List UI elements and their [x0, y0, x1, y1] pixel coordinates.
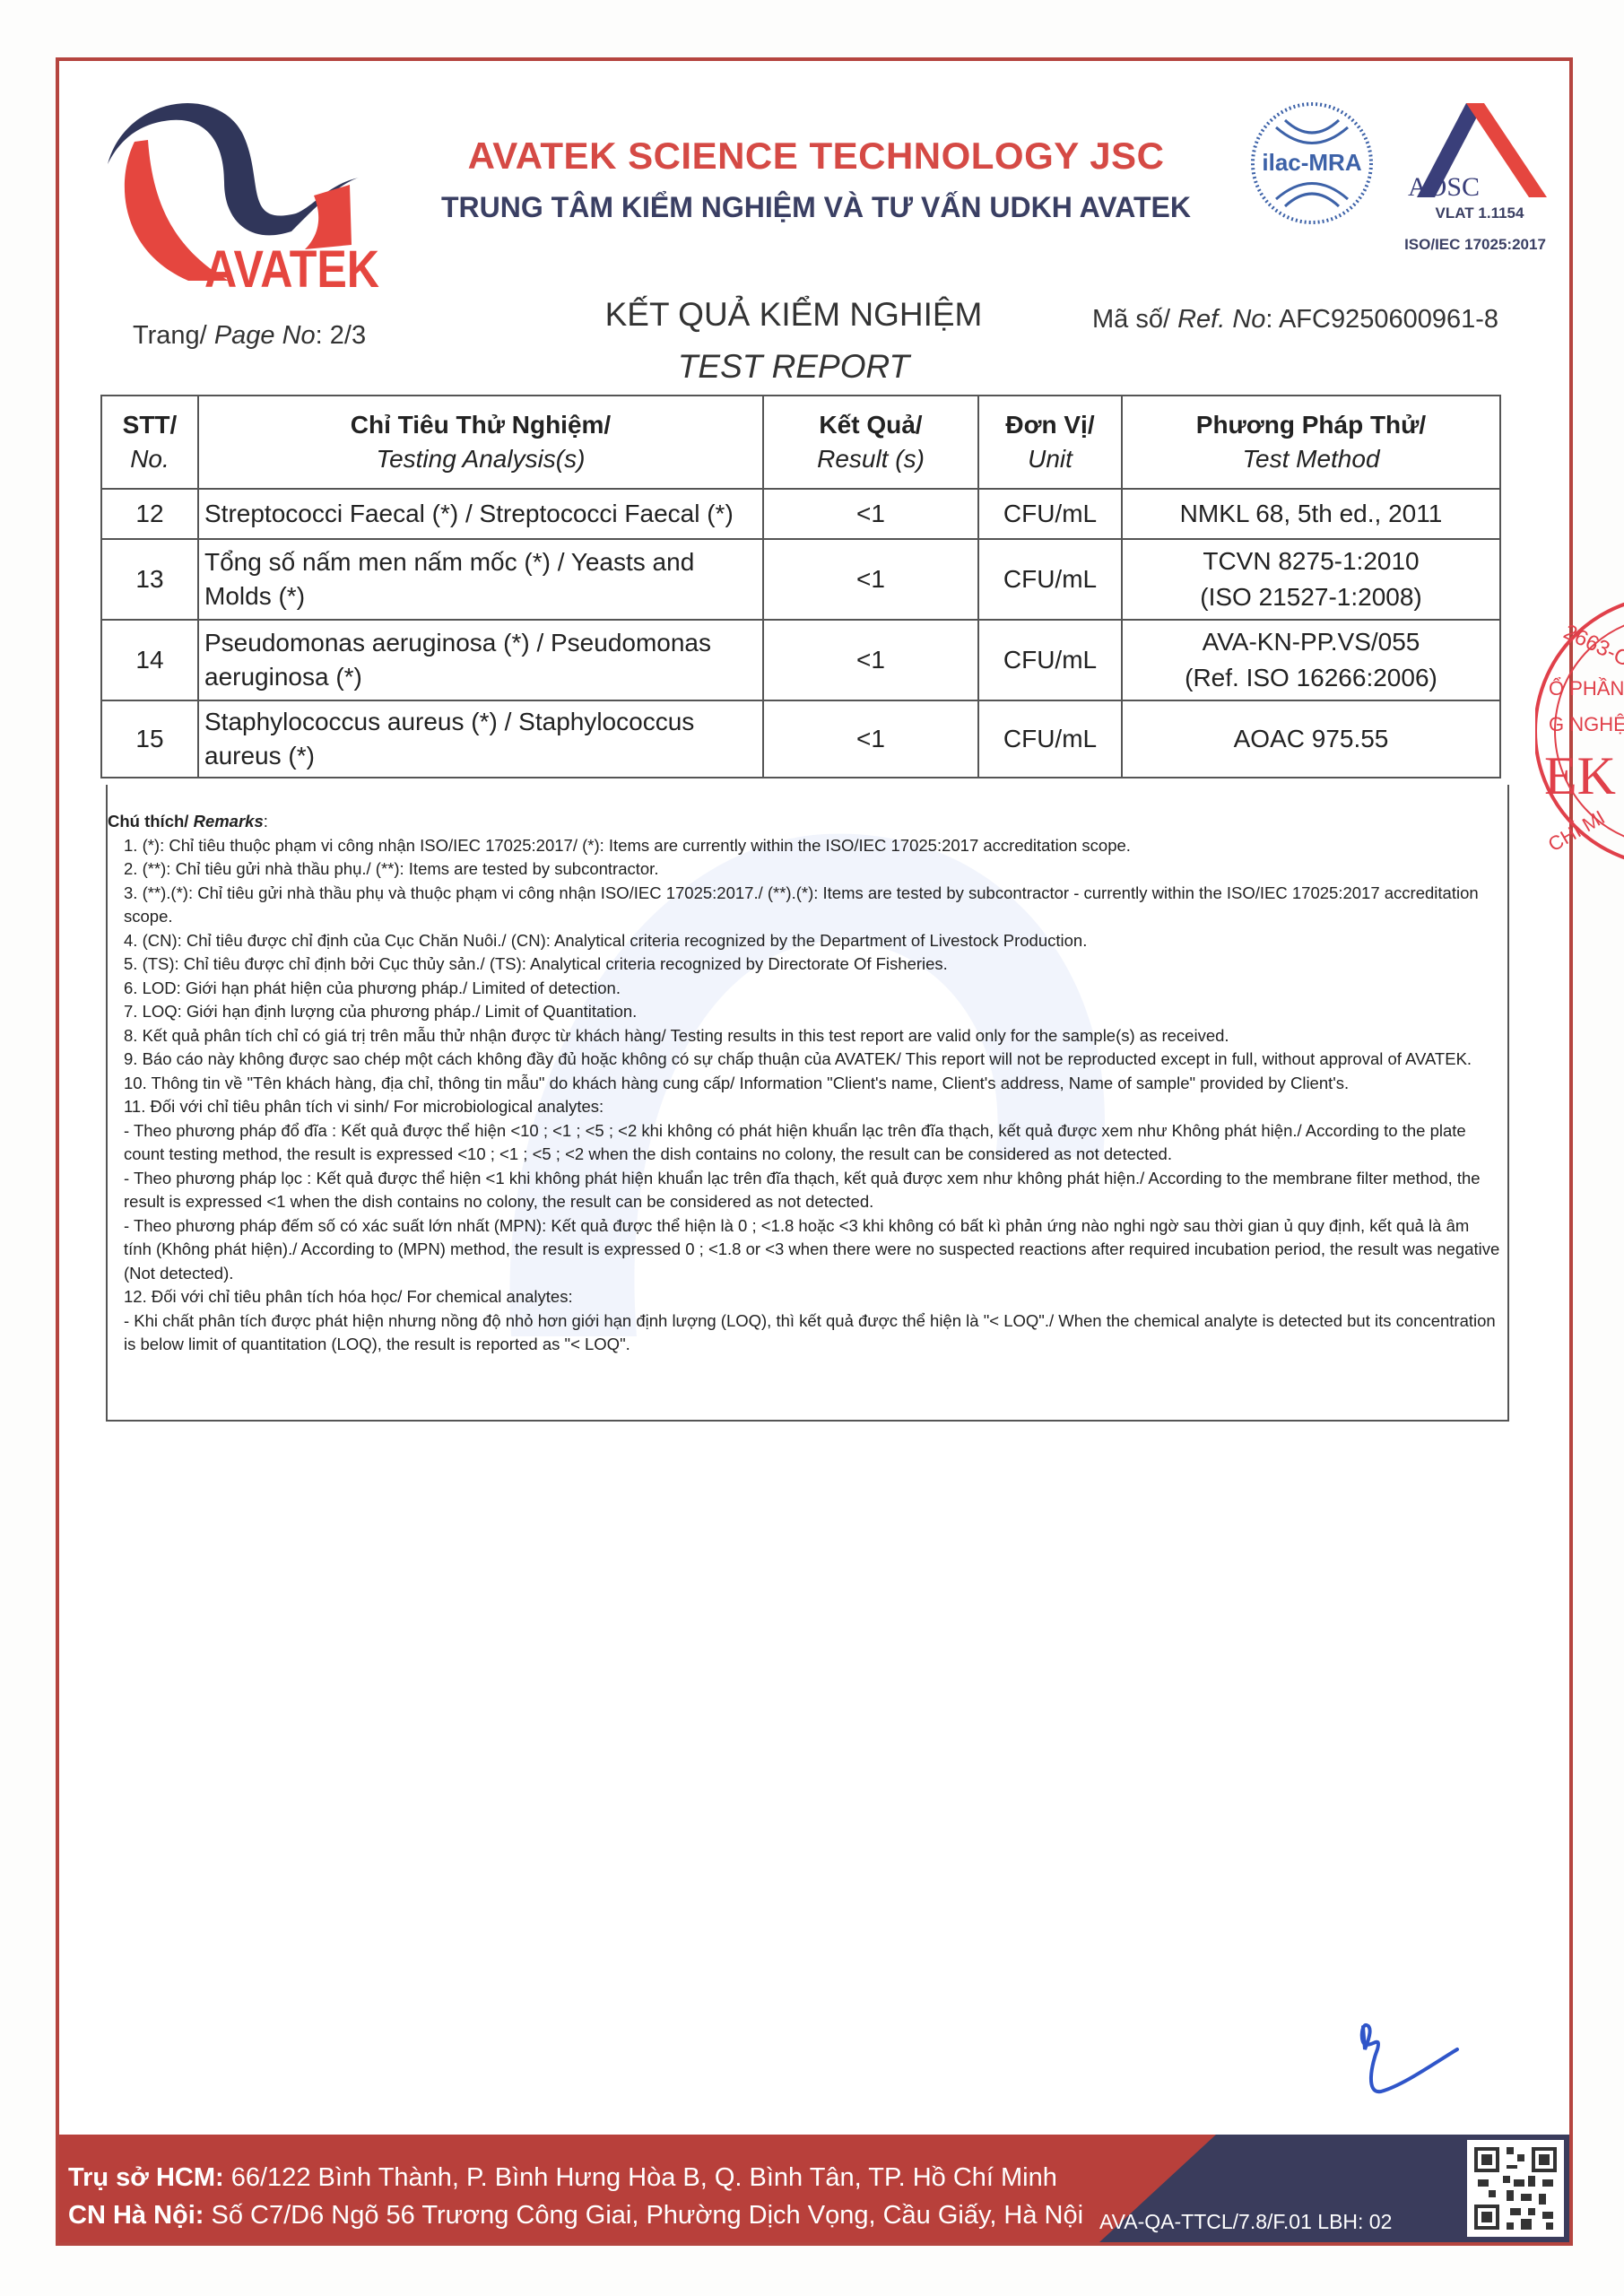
header-analysis: Chỉ Tiêu Thử Nghiệm/Testing Analysis(s) — [198, 396, 763, 489]
header-result: Kết Quả/Result (s) — [763, 396, 978, 489]
aosc-logo-icon: AOSC — [1399, 99, 1551, 206]
page-label-vi: Trang/ — [133, 321, 207, 350]
aosc-standard: ISO/IEC 17025:2017 — [1376, 236, 1574, 254]
table-row: 13Tổng số nấm men nấm mốc (*) / Yeasts a… — [101, 539, 1500, 620]
results-table: STT/No. Chỉ Tiêu Thử Nghiệm/Testing Anal… — [100, 395, 1501, 778]
svg-text:AVATEK: AVATEK — [204, 240, 379, 294]
cell-unit: CFU/mL — [978, 539, 1122, 620]
remark-item: 5. (TS): Chỉ tiêu được chỉ định bởi Cục … — [108, 952, 1500, 977]
cell-method: AOAC 975.55 — [1122, 700, 1500, 778]
remark-item: 3. (**).(*): Chỉ tiêu gửi nhà thầu phụ v… — [108, 882, 1500, 929]
reference-number: Mã số/ Ref. No: AFC9250600961-8 — [1092, 305, 1498, 335]
table-row: 15Staphylococcus aureus (*) / Staphyloco… — [101, 700, 1500, 778]
ref-label-vi: Mã số/ — [1092, 305, 1170, 334]
ref-value: AFC9250600961-8 — [1279, 305, 1498, 334]
footer-branch-address: CN Hà Nội: Số C7/D6 Ngõ 56 Trương Công G… — [68, 2201, 1083, 2231]
remarks-title: Chú thích/ Remarks: — [108, 810, 1500, 834]
form-code: AVA-QA-TTCL/7.8/F.01 LBH: 02 — [1099, 2210, 1392, 2234]
header-method: Phương Pháp Thử/Test Method — [1122, 396, 1500, 489]
svg-text:ilac-MRA: ilac-MRA — [1262, 149, 1361, 176]
cell-method: AVA-KN-PP.VS/055(Ref. ISO 16266:2006) — [1122, 620, 1500, 700]
footer-hq-address: Trụ sở HCM: 66/122 Bình Thành, P. Bình H… — [68, 2163, 1057, 2193]
cell-method: TCVN 8275-1:2010(ISO 21527-1:2008) — [1122, 539, 1500, 620]
ref-label-en: Ref. No — [1177, 305, 1265, 334]
aosc-code: VLAT 1.1154 — [1399, 204, 1560, 222]
remark-item: 7. LOQ: Giới hạn định lượng của phương p… — [108, 1000, 1500, 1024]
cell-result: <1 — [763, 539, 978, 620]
avatek-logo-icon: AVATEK — [90, 79, 386, 294]
remark-item: 6. LOD: Giới hạn phát hiện của phương ph… — [108, 977, 1500, 1001]
cell-result: <1 — [763, 489, 978, 539]
page-number: Trang/ Page No: 2/3 — [133, 321, 366, 351]
cell-analysis: Tổng số nấm men nấm mốc (*) / Yeasts and… — [198, 539, 763, 620]
remark-item: 12. Đối với chỉ tiêu phân tích hóa học/ … — [108, 1285, 1500, 1309]
remark-item: - Theo phương pháp lọc : Kết quả được th… — [108, 1167, 1500, 1214]
remark-item: 9. Báo cáo này không được sao chép một c… — [108, 1048, 1500, 1072]
header-unit: Đơn Vị/Unit — [978, 396, 1122, 489]
report-title-en: TEST REPORT — [502, 348, 1085, 386]
remark-item: 10. Thông tin về "Tên khách hàng, địa ch… — [108, 1072, 1500, 1096]
page-label-en: Page No — [214, 321, 316, 350]
table-row: 12Streptococci Faecal (*) / Streptococci… — [101, 489, 1500, 539]
page-value: 2/3 — [330, 321, 366, 350]
table-row: 14Pseudomonas aeruginosa (*) / Pseudomon… — [101, 620, 1500, 700]
cell-no: 15 — [101, 700, 198, 778]
report-title-vi: KẾT QUẢ KIỂM NGHIỆM — [502, 296, 1085, 334]
svg-text:AOSC: AOSC — [1408, 172, 1480, 202]
remark-item: 11. Đối với chỉ tiêu phân tích vi sinh/ … — [108, 1095, 1500, 1119]
cell-analysis: Streptococci Faecal (*) / Streptococci F… — [198, 489, 763, 539]
remark-item: - Theo phương pháp đếm số có xác suất lớ… — [108, 1214, 1500, 1286]
cell-no: 13 — [101, 539, 198, 620]
cell-unit: CFU/mL — [978, 620, 1122, 700]
company-subtitle: TRUNG TÂM KIỂM NGHIỆM VÀ TƯ VẤN UDKH AVA… — [413, 191, 1220, 224]
cell-unit: CFU/mL — [978, 489, 1122, 539]
remark-item: 4. (CN): Chỉ tiêu được chỉ định của Cục … — [108, 929, 1500, 953]
company-name: AVATEK SCIENCE TECHNOLOGY JSC — [413, 135, 1220, 178]
cell-method: NMKL 68, 5th ed., 2011 — [1122, 489, 1500, 539]
header-no: STT/No. — [101, 396, 198, 489]
cell-unit: CFU/mL — [978, 700, 1122, 778]
remark-item: 8. Kết quả phân tích chỉ có giá trị trên… — [108, 1024, 1500, 1048]
remarks-section: Chú thích/ Remarks: 1. (*): Chỉ tiêu thu… — [106, 785, 1509, 1422]
remark-item: - Khi chất phân tích được phát hiện nhưn… — [108, 1309, 1500, 1357]
table-header-row: STT/No. Chỉ Tiêu Thử Nghiệm/Testing Anal… — [101, 396, 1500, 489]
qr-code-icon[interactable] — [1467, 2140, 1564, 2237]
cell-no: 14 — [101, 620, 198, 700]
cell-no: 12 — [101, 489, 198, 539]
footer-band: Trụ sở HCM: 66/122 Bình Thành, P. Bình H… — [59, 2135, 1569, 2242]
remark-item: 1. (*): Chỉ tiêu thuộc phạm vi công nhận… — [108, 834, 1500, 858]
signature-icon — [1345, 2009, 1471, 2108]
cell-analysis: Staphylococcus aureus (*) / Staphylococc… — [198, 700, 763, 778]
remark-item: - Theo phương pháp đổ đĩa : Kết quả được… — [108, 1119, 1500, 1167]
cell-result: <1 — [763, 620, 978, 700]
ilac-mra-logo-icon: ilac-MRA — [1249, 100, 1375, 226]
cell-analysis: Pseudomonas aeruginosa (*) / Pseudomonas… — [198, 620, 763, 700]
cell-result: <1 — [763, 700, 978, 778]
remark-item: 2. (**): Chỉ tiêu gửi nhà thầu phụ./ (**… — [108, 857, 1500, 882]
